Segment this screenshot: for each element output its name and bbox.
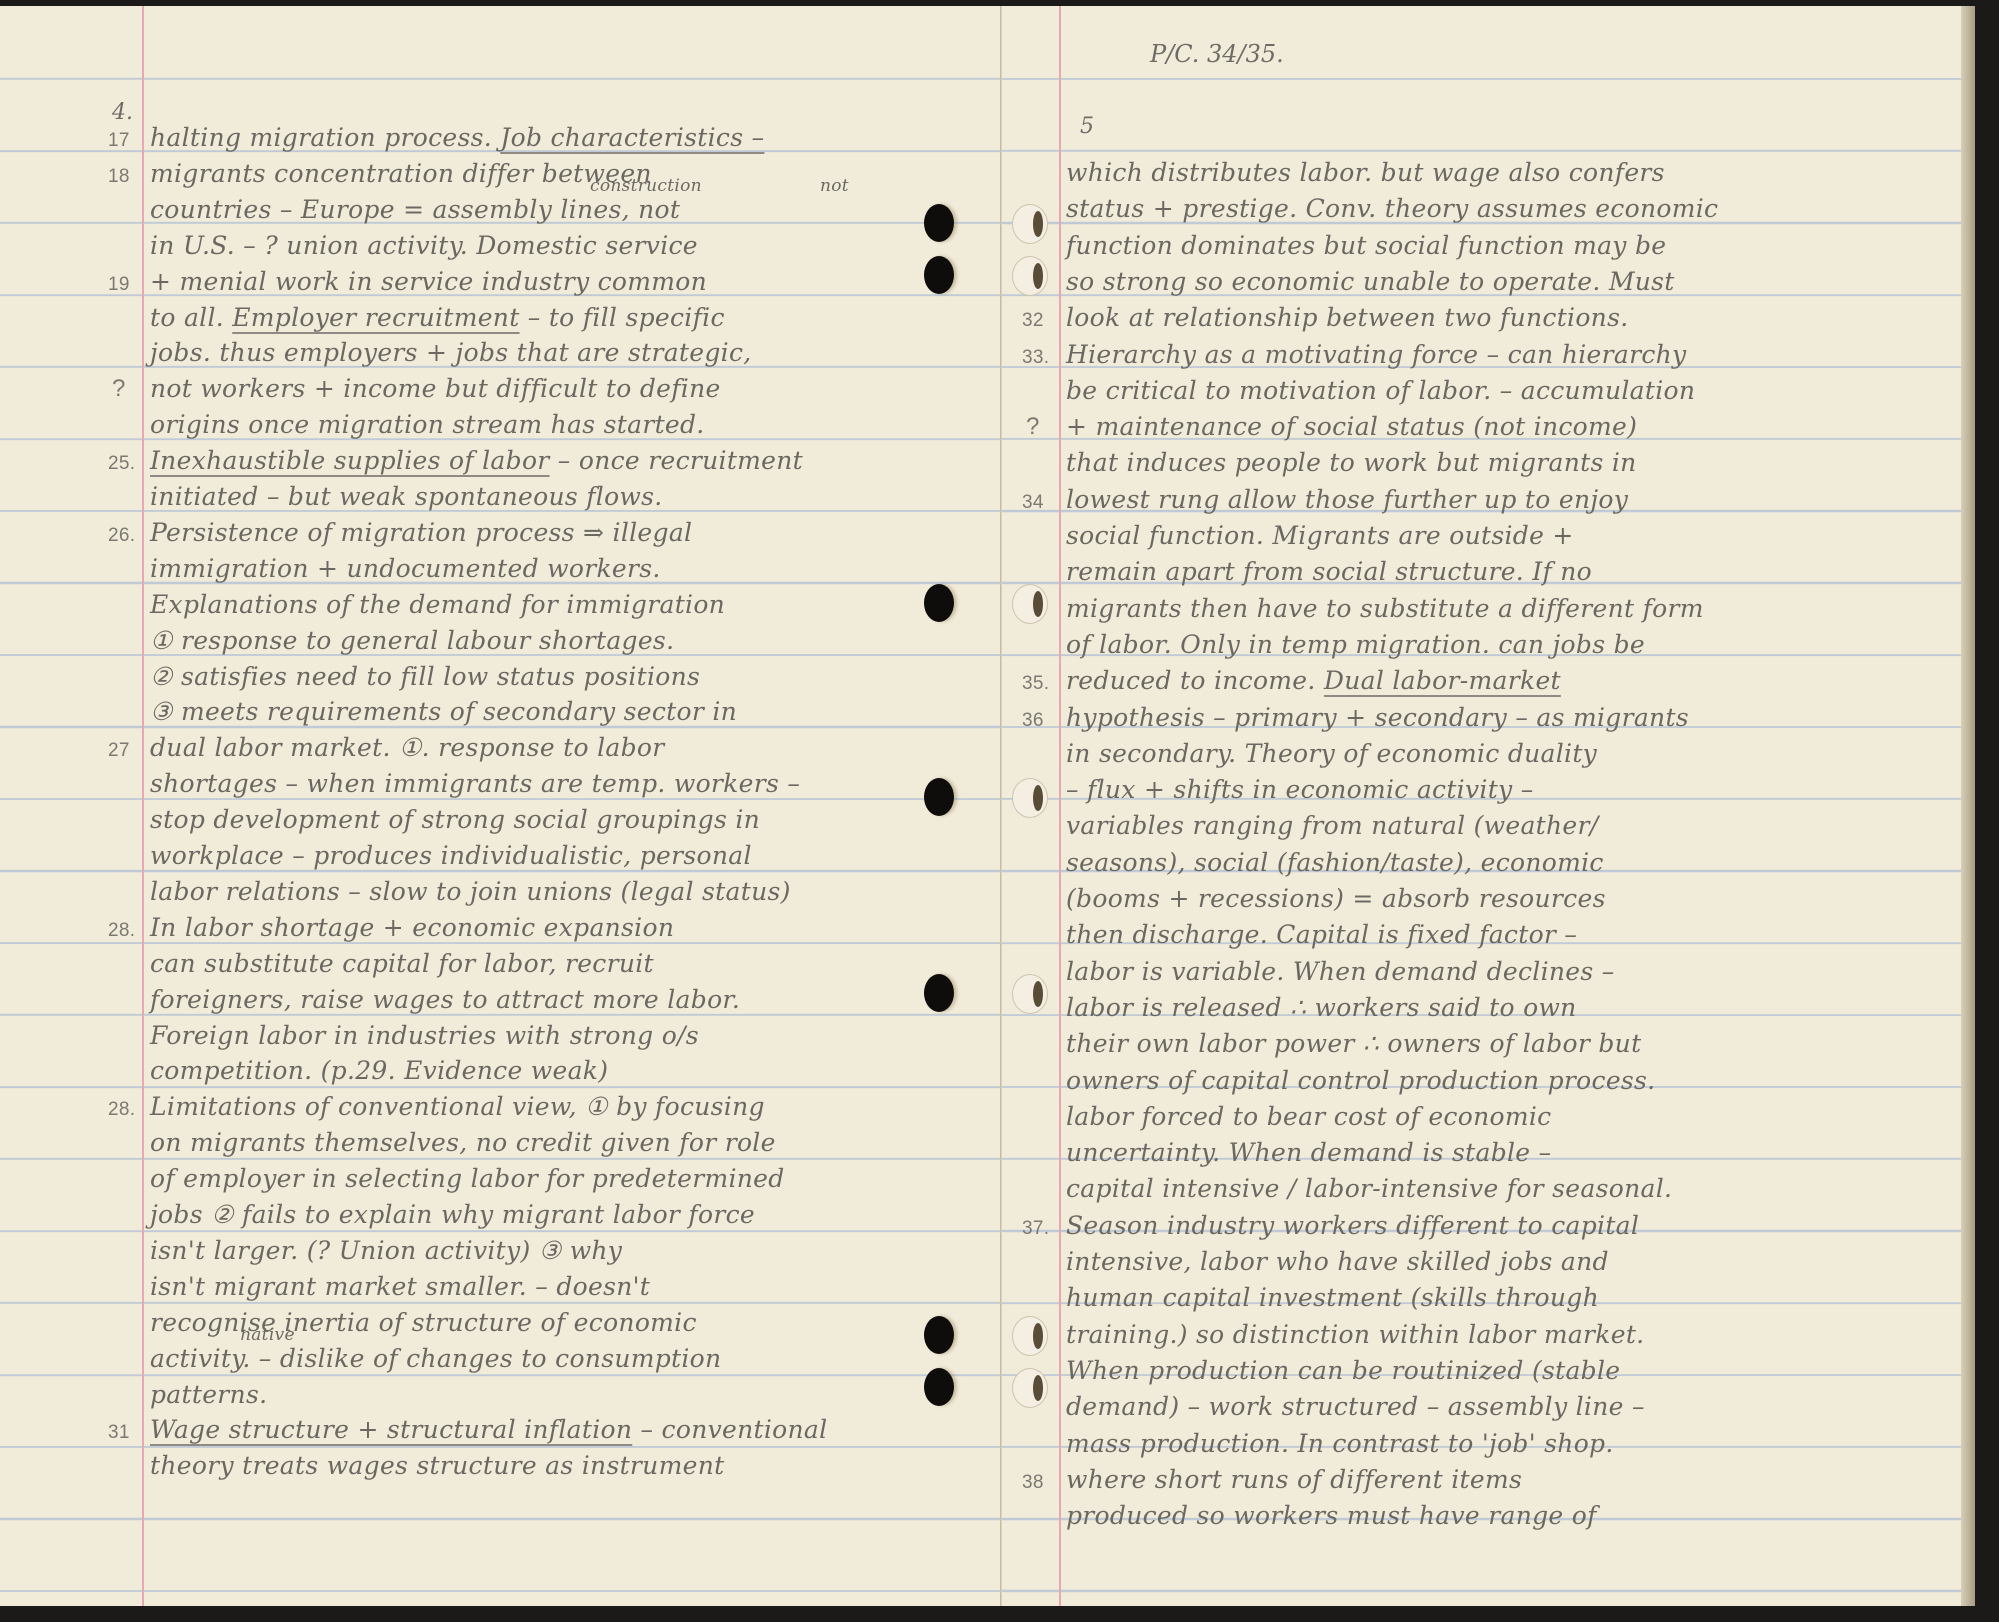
- punch-hole: [924, 1316, 954, 1354]
- line-body: recognise inertia of structure of econom…: [150, 1308, 697, 1337]
- line-text: uncertainty. When demand is stable –: [1066, 1138, 1551, 1167]
- line-body: labor is variable. When demand declines …: [1066, 957, 1615, 986]
- line-text: origins once migration stream has starte…: [150, 410, 705, 439]
- punch-hole: [924, 974, 954, 1012]
- line-body: of employer in selecting labor for prede…: [150, 1164, 785, 1193]
- line-text: be critical to motivation of labor. – ac…: [1066, 376, 1695, 405]
- line-text: reduced to income. Dual labor-market: [1066, 666, 1561, 695]
- line-body: labor is released ∴ workers said to own: [1066, 993, 1577, 1022]
- line-body: competition. (p.29. Evidence weak): [150, 1056, 608, 1085]
- line-body: reduced to income.: [1066, 666, 1324, 695]
- line-text: in secondary. Theory of economic duality: [1066, 739, 1597, 768]
- line-text: function dominates but social function m…: [1066, 231, 1666, 260]
- underlined-heading: Inexhaustible supplies of labor: [150, 446, 550, 475]
- line-body: immigration + undocumented workers.: [150, 554, 661, 583]
- punch-hole-ring: [1012, 256, 1048, 296]
- right-page-number: 5: [1080, 114, 1094, 139]
- right-notebook-page: P/C. 34/35. 5 which distributes labor. b…: [1002, 6, 1975, 1606]
- line-text: hypothesis – primary + secondary – as mi…: [1066, 703, 1689, 732]
- margin-question-mark: ?: [1026, 413, 1040, 441]
- line-text: training.) so distinction within labor m…: [1066, 1320, 1644, 1349]
- line-body: their own labor power ∴ owners of labor …: [1066, 1029, 1641, 1058]
- punch-hole-ring: [1012, 778, 1048, 818]
- line-body: demand) – work structured – assembly lin…: [1066, 1392, 1645, 1421]
- line-text: ② satisfies need to fill low status posi…: [150, 662, 700, 691]
- punch-hole-ring: [1012, 584, 1048, 624]
- line-body: status + prestige. Conv. theory assumes …: [1066, 194, 1718, 223]
- line-number: 34: [1022, 492, 1044, 514]
- line-body: dual labor market. ①. response to labor: [150, 733, 665, 762]
- line-body: training.) so distinction within labor m…: [1066, 1320, 1644, 1349]
- line-body: migrants concentration differ between: [150, 159, 652, 188]
- line-text: where short runs of different items: [1066, 1465, 1522, 1494]
- punch-hole: [924, 778, 954, 816]
- line-body: owners of capital control production pro…: [1066, 1066, 1655, 1095]
- line-body: uncertainty. When demand is stable –: [1066, 1138, 1551, 1167]
- line-number: 38: [1022, 1472, 1044, 1494]
- line-body: that induces people to work but migrants…: [1066, 448, 1637, 477]
- line-text: Foreign labor in industries with strong …: [150, 1021, 699, 1050]
- line-text: demand) – work structured – assembly lin…: [1066, 1392, 1645, 1421]
- line-body: so strong so economic unable to operate.…: [1066, 267, 1675, 296]
- line-body: + maintenance of social status (not inco…: [1066, 412, 1637, 441]
- line-text: which distributes labor. but wage also c…: [1066, 158, 1665, 187]
- line-text: Persistence of migration process ⇒ illeg…: [150, 518, 692, 547]
- underlined-heading: Job characteristics –: [500, 123, 764, 152]
- line-text: theory treats wages structure as instrum…: [150, 1451, 724, 1480]
- line-body: where short runs of different items: [1066, 1465, 1522, 1494]
- line-body: capital intensive / labor-intensive for …: [1066, 1174, 1672, 1203]
- line-body: intensive, labor who have skilled jobs a…: [1066, 1247, 1609, 1276]
- line-body: Hierarchy as a motivating force – can hi…: [1066, 340, 1686, 369]
- line-body: on migrants themselves, no credit given …: [150, 1128, 776, 1157]
- line-text: + maintenance of social status (not inco…: [1066, 412, 1637, 441]
- line-body: – to fill specific: [520, 303, 725, 332]
- line-text: so strong so economic unable to operate.…: [1066, 267, 1675, 296]
- line-body: shortages – when immigrants are temp. wo…: [150, 769, 800, 798]
- punch-hole: [924, 1368, 954, 1406]
- punch-hole-ring: [1012, 1316, 1048, 1356]
- line-number: 36: [1022, 710, 1044, 732]
- line-text: + menial work in service industry common: [150, 267, 707, 296]
- line-text: capital intensive / labor-intensive for …: [1066, 1174, 1672, 1203]
- line-body: When production can be routinized (stabl…: [1066, 1356, 1620, 1385]
- line-text: look at relationship between two functio…: [1066, 303, 1628, 332]
- line-body: origins once migration stream has starte…: [150, 410, 705, 439]
- line-body: in secondary. Theory of economic duality: [1066, 739, 1597, 768]
- line-text: of labor. Only in temp migration. can jo…: [1066, 630, 1645, 659]
- line-body: ② satisfies need to fill low status posi…: [150, 662, 700, 691]
- line-body: jobs. thus employers + jobs that are str…: [150, 338, 752, 367]
- punch-hole-ring: [1012, 204, 1048, 244]
- punch-hole-ring: [1012, 1368, 1048, 1408]
- line-number: 35.: [1022, 673, 1049, 695]
- line-body: + menial work in service industry common: [150, 267, 707, 296]
- underlined-heading: Employer recruitment: [232, 303, 519, 332]
- line-text: labor forced to bear cost of economic: [1066, 1102, 1551, 1131]
- line-body: activity. – dislike of changes to consum…: [150, 1344, 721, 1373]
- line-number: 31: [108, 1422, 130, 1444]
- line-text: dual labor market. ①. response to labor: [150, 733, 665, 762]
- line-text: Limitations of conventional view, ① by f…: [150, 1092, 765, 1121]
- line-body: initiated – but weak spontaneous flows.: [150, 482, 663, 511]
- line-text: workplace – produces individualistic, pe…: [150, 841, 752, 870]
- line-body: theory treats wages structure as instrum…: [150, 1451, 724, 1480]
- line-text: mass production. In contrast to 'job' sh…: [1066, 1429, 1614, 1458]
- line-body: social function. Migrants are outside +: [1066, 521, 1574, 550]
- line-text: immigration + undocumented workers.: [150, 554, 661, 583]
- line-text: recognise inertia of structure of econom…: [150, 1308, 697, 1337]
- punch-hole: [924, 204, 954, 242]
- margin-question-mark: ?: [112, 375, 126, 403]
- line-text: variables ranging from natural (weather/: [1066, 811, 1598, 840]
- line-body: Persistence of migration process ⇒ illeg…: [150, 518, 692, 547]
- line-body: not workers + income but difficult to de…: [150, 374, 721, 403]
- line-text: labor is variable. When demand declines …: [1066, 957, 1615, 986]
- left-notebook-page: 4. 17halting migration process. Job char…: [0, 6, 1002, 1606]
- line-text: migrants concentration differ between: [150, 159, 652, 188]
- line-text: labor is released ∴ workers said to own: [1066, 993, 1577, 1022]
- line-number: 17: [108, 130, 130, 152]
- line-text: migrants then have to substitute a diffe…: [1066, 594, 1704, 623]
- line-text: of employer in selecting labor for prede…: [150, 1164, 785, 1193]
- line-text: human capital investment (skills through: [1066, 1283, 1599, 1312]
- line-body: human capital investment (skills through: [1066, 1283, 1599, 1312]
- line-text: can substitute capital for labor, recrui…: [150, 949, 654, 978]
- line-body: stop development of strong social groupi…: [150, 805, 760, 834]
- line-body: remain apart from social structure. If n…: [1066, 557, 1592, 586]
- line-body: Limitations of conventional view, ① by f…: [150, 1092, 765, 1121]
- line-text: (booms + recessions) = absorb resources: [1066, 884, 1606, 913]
- interlinear-insertion: native: [240, 1325, 295, 1345]
- line-text: on migrants themselves, no credit given …: [150, 1128, 776, 1157]
- line-body: – once recruitment: [550, 446, 803, 475]
- line-text: owners of capital control production pro…: [1066, 1066, 1655, 1095]
- line-body: – conventional: [632, 1415, 827, 1444]
- line-text: – flux + shifts in economic activity –: [1066, 775, 1534, 804]
- line-body: halting migration process.: [150, 123, 492, 152]
- line-body: which distributes labor. but wage also c…: [1066, 158, 1665, 187]
- punch-hole: [924, 256, 954, 294]
- line-body: hypothesis – primary + secondary – as mi…: [1066, 703, 1689, 732]
- line-text: halting migration process. Job character…: [150, 123, 764, 152]
- line-text: social function. Migrants are outside +: [1066, 521, 1574, 550]
- line-body: workplace – produces individualistic, pe…: [150, 841, 752, 870]
- line-text: When production can be routinized (stabl…: [1066, 1356, 1620, 1385]
- punch-hole: [924, 584, 954, 622]
- line-number: 19: [108, 274, 130, 296]
- line-text: lowest rung allow those further up to en…: [1066, 485, 1628, 514]
- line-body: in U.S. – ? union activity. Domestic ser…: [150, 231, 698, 260]
- line-number: 26.: [108, 525, 135, 547]
- line-text: Hierarchy as a motivating force – can hi…: [1066, 340, 1686, 369]
- line-text: in U.S. – ? union activity. Domestic ser…: [150, 231, 698, 260]
- line-text: isn't migrant market smaller. – doesn't: [150, 1272, 650, 1301]
- line-text: to all. Employer recruitment – to fill s…: [150, 303, 725, 332]
- punch-hole-ring: [1012, 974, 1048, 1014]
- line-text: intensive, labor who have skilled jobs a…: [1066, 1247, 1609, 1276]
- line-body: isn't larger. (? Union activity) ③ why: [150, 1236, 622, 1265]
- line-text: Wage structure + structural inflation – …: [150, 1415, 827, 1444]
- line-body: can substitute capital for labor, recrui…: [150, 949, 654, 978]
- line-body: In labor shortage + economic expansion: [150, 913, 674, 942]
- line-text: ③ meets requirements of secondary sector…: [150, 697, 737, 726]
- line-text: that induces people to work but migrants…: [1066, 448, 1637, 477]
- line-body: isn't migrant market smaller. – doesn't: [150, 1272, 650, 1301]
- line-text: then discharge. Capital is fixed factor …: [1066, 920, 1577, 949]
- line-text: remain apart from social structure. If n…: [1066, 557, 1592, 586]
- interlinear-insertion: not: [820, 176, 849, 196]
- text-line: produced so workers must have range of: [1002, 1494, 1975, 1536]
- line-text: Explanations of the demand for immigrati…: [150, 590, 725, 619]
- line-body: labor forced to bear cost of economic: [1066, 1102, 1551, 1131]
- line-number: 33.: [1022, 347, 1049, 369]
- line-body: be critical to motivation of labor. – ac…: [1066, 376, 1695, 405]
- line-text: shortages – when immigrants are temp. wo…: [150, 769, 800, 798]
- line-text: ① response to general labour shortages.: [150, 626, 674, 655]
- line-body: lowest rung allow those further up to en…: [1066, 485, 1628, 514]
- line-body: jobs ② fails to explain why migrant labo…: [150, 1200, 755, 1229]
- line-body: labor relations – slow to join unions (l…: [150, 877, 791, 906]
- line-text: In labor shortage + economic expansion: [150, 913, 674, 942]
- line-body: ③ meets requirements of secondary sector…: [150, 697, 737, 726]
- line-text: stop development of strong social groupi…: [150, 805, 760, 834]
- line-prefix: to all.: [150, 303, 232, 332]
- line-number: 32: [1022, 310, 1044, 332]
- line-body: migrants then have to substitute a diffe…: [1066, 594, 1704, 623]
- line-body: look at relationship between two functio…: [1066, 303, 1628, 332]
- line-number: 28.: [108, 1099, 135, 1121]
- line-text: jobs. thus employers + jobs that are str…: [150, 338, 752, 367]
- line-text: countries – Europe = assembly lines, not: [150, 195, 680, 224]
- text-line: theory treats wages structure as instrum…: [0, 1444, 1002, 1486]
- underlined-heading: Wage structure + structural inflation: [150, 1415, 632, 1444]
- line-text: their own labor power ∴ owners of labor …: [1066, 1029, 1641, 1058]
- line-body: mass production. In contrast to 'job' sh…: [1066, 1429, 1614, 1458]
- header-annotation: P/C. 34/35.: [1150, 40, 1284, 68]
- line-text: activity. – dislike of changes to consum…: [150, 1344, 721, 1373]
- line-body: of labor. Only in temp migration. can jo…: [1066, 630, 1645, 659]
- interlinear-insertion: construction: [590, 176, 702, 196]
- line-text: initiated – but weak spontaneous flows.: [150, 482, 663, 511]
- line-text: produced so workers must have range of: [1066, 1501, 1597, 1530]
- line-text: Season industry workers different to cap…: [1066, 1211, 1639, 1240]
- line-body: – flux + shifts in economic activity –: [1066, 775, 1534, 804]
- line-body: then discharge. Capital is fixed factor …: [1066, 920, 1577, 949]
- line-body: foreigners, raise wages to attract more …: [150, 985, 740, 1014]
- line-text: isn't larger. (? Union activity) ③ why: [150, 1236, 622, 1265]
- line-text: status + prestige. Conv. theory assumes …: [1066, 194, 1718, 223]
- line-body: ① response to general labour shortages.: [150, 626, 674, 655]
- line-text: competition. (p.29. Evidence weak): [150, 1056, 608, 1085]
- line-text: jobs ② fails to explain why migrant labo…: [150, 1200, 755, 1229]
- line-text: not workers + income but difficult to de…: [150, 374, 721, 403]
- line-number: 25.: [108, 453, 135, 475]
- line-text: foreigners, raise wages to attract more …: [150, 985, 740, 1014]
- line-number: 18: [108, 166, 130, 188]
- line-body: seasons), social (fashion/taste), econom…: [1066, 848, 1604, 877]
- line-body: Foreign labor in industries with strong …: [150, 1021, 699, 1050]
- line-number: 27: [108, 740, 130, 762]
- line-number: 28.: [108, 920, 135, 942]
- line-body: countries – Europe = assembly lines, not: [150, 195, 680, 224]
- line-body: produced so workers must have range of: [1066, 1501, 1597, 1530]
- line-text: patterns.: [150, 1380, 267, 1409]
- line-text: labor relations – slow to join unions (l…: [150, 877, 791, 906]
- line-body: Season industry workers different to cap…: [1066, 1211, 1639, 1240]
- line-body: variables ranging from natural (weather/: [1066, 811, 1598, 840]
- line-body: patterns.: [150, 1380, 267, 1409]
- underlined-heading: Dual labor-market: [1324, 666, 1561, 695]
- line-text: Inexhaustible supplies of labor – once r…: [150, 446, 803, 475]
- line-number: 37.: [1022, 1218, 1049, 1240]
- line-body: Explanations of the demand for immigrati…: [150, 590, 725, 619]
- line-body: (booms + recessions) = absorb resources: [1066, 884, 1606, 913]
- line-text: seasons), social (fashion/taste), econom…: [1066, 848, 1604, 877]
- line-body: function dominates but social function m…: [1066, 231, 1666, 260]
